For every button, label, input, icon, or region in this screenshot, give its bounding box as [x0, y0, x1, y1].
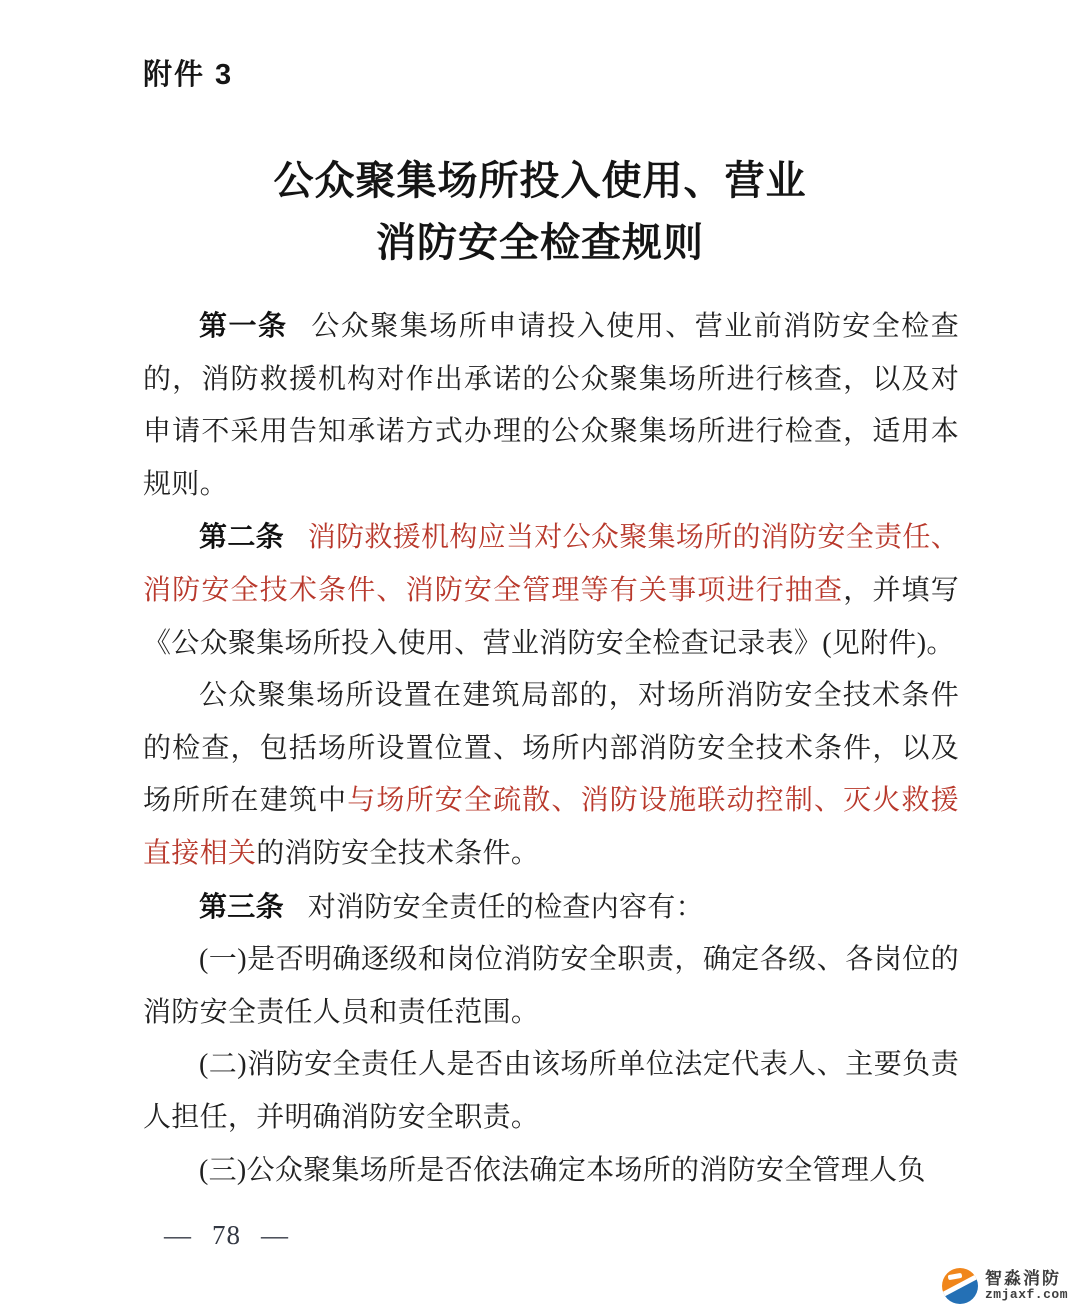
article-term: 第二条: [199, 521, 284, 552]
watermark: 智淼消防 zmjaxf.com: [942, 1268, 1068, 1304]
text-segment: (三)公众聚集场所是否依法确定本场所的消防安全管理人负: [199, 1155, 926, 1186]
page-number: 78: [212, 1220, 241, 1251]
paragraph: (二)消防安全责任人是否由该场所单位法定代表人、主要负责人担任，并明确消防安全职…: [143, 1039, 959, 1144]
watermark-domain: zmjaxf.com: [985, 1288, 1068, 1302]
title-line-1: 公众聚集场所投入使用、营业: [0, 150, 1080, 212]
paragraph: 第一条公众聚集场所申请投入使用、营业前消防安全检查的，消防救援机构对作出承诺的公…: [143, 300, 959, 511]
document-page: 附件 3 公众聚集场所投入使用、营业 消防安全检查规则 第一条公众聚集场所申请投…: [0, 0, 1080, 1312]
article-term: 第三条: [199, 891, 284, 922]
title-line-2: 消防安全检查规则: [0, 212, 1080, 274]
paragraph: (三)公众聚集场所是否依法确定本场所的消防安全管理人负: [143, 1145, 959, 1198]
paragraph: 第二条消防救援机构应当对公众聚集场所的消防安全责任、消防安全技术条件、消防安全管…: [143, 511, 959, 670]
watermark-text: 智淼消防 zmjaxf.com: [985, 1270, 1068, 1303]
paragraph: 第三条对消防安全责任的检查内容有：: [143, 881, 959, 935]
text-segment: (二)消防安全责任人是否由该场所单位法定代表人、主要负责人担任，并明确消防安全职…: [143, 1049, 959, 1133]
document-title: 公众聚集场所投入使用、营业 消防安全检查规则: [0, 150, 1080, 274]
zhimiao-logo-icon: [942, 1268, 978, 1304]
footer-left-dash: —: [164, 1220, 192, 1251]
paragraph: 公众聚集场所设置在建筑局部的，对场所消防安全技术条件的检查，包括场所设置位置、场…: [143, 670, 959, 880]
watermark-brand: 智淼消防: [985, 1270, 1068, 1289]
text-segment: 的消防安全技术条件。: [256, 838, 539, 869]
footer-right-dash: —: [261, 1220, 289, 1251]
paragraph: (一)是否明确逐级和岗位消防安全职责，确定各级、各岗位的消防安全责任人员和责任范…: [143, 934, 959, 1039]
document-body: 第一条公众聚集场所申请投入使用、营业前消防安全检查的，消防救援机构对作出承诺的公…: [143, 300, 959, 1197]
page-footer: — 78 —: [164, 1220, 289, 1251]
text-segment: 对消防安全责任的检查内容有：: [308, 892, 704, 923]
article-term: 第一条: [199, 310, 288, 341]
text-segment: (一)是否明确逐级和岗位消防安全职责，确定各级、各岗位的消防安全责任人员和责任范…: [143, 944, 959, 1028]
attachment-label: 附件 3: [143, 52, 233, 93]
